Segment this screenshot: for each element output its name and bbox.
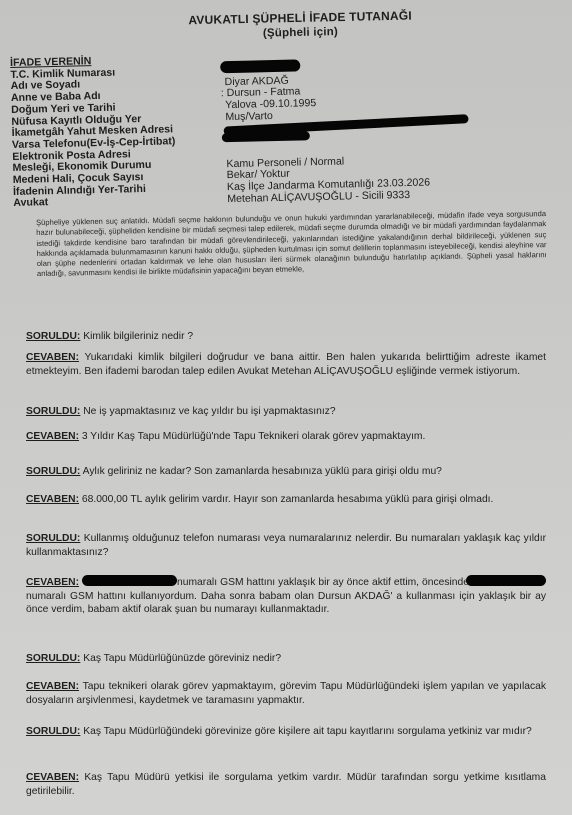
answer-label: CEVABEN: [26, 352, 79, 363]
answer-label: CEVABEN: [26, 431, 79, 442]
identity-labels: İFADE VERENİN T.C. Kimlik Numarası Adı v… [10, 53, 213, 210]
answer-text: numaralı GSM hattını kullanıyordum. Daha… [26, 591, 546, 616]
qa-question: SORULDU: Ne iş yapmaktasınız ve kaç yıld… [26, 405, 546, 419]
question-label: SORULDU: [26, 331, 80, 342]
answer-text: 3 Yıldır Kaş Tapu Müdürlüğü'nde Tapu Tek… [82, 431, 425, 442]
question-text: Kullanmış olduğunuz telefon numarası vey… [26, 533, 546, 558]
question-label: SORULDU: [26, 653, 80, 664]
question-text: Kaş Tapu Müdürlüğündeki görevinize göre … [83, 726, 532, 737]
qa-answer: CEVABEN: Kaş Tapu Müdürü yetkisi ile sor… [26, 771, 546, 798]
label-lawyer: Avukat [13, 194, 213, 210]
redaction-tc [220, 59, 300, 73]
question-label: SORULDU: [26, 406, 80, 417]
qa-answer: CEVABEN: Tapu teknikeri olarak görev yap… [26, 680, 546, 707]
document-title: AVUKATLI ŞÜPHELİ İFADE TUTANAĞI (Şüpheli… [150, 8, 451, 42]
qa-question: SORULDU: Aylık geliriniz ne kadar? Son z… [26, 465, 546, 479]
answer-text: numaralı GSM hattını yaklaşık bir ay önc… [177, 577, 472, 588]
qa-question: SORULDU: Kimlik bilgileriniz nedir ? [26, 330, 546, 344]
identity-values: Diyar AKDAĞ : Dursun - Fatma Yalova -09.… [224, 58, 527, 205]
redaction-phone-2 [466, 575, 546, 586]
question-text: Kaş Tapu Müdürlüğünüzde göreviniz nedir? [83, 653, 281, 664]
rights-notice-text: Şüpheliye yüklenen suç anlatıldı. Müdafi… [36, 209, 547, 280]
answer-label: CEVABEN: [26, 681, 79, 692]
question-label: SORULDU: [26, 726, 80, 737]
question-label: SORULDU: [26, 533, 80, 544]
answer-label: CEVABEN: [26, 772, 79, 783]
question-label: SORULDU: [26, 466, 80, 477]
question-text: Aylık geliriniz ne kadar? Son zamanlarda… [83, 466, 442, 477]
document-page: AVUKATLI ŞÜPHELİ İFADE TUTANAĞI (Şüpheli… [0, 0, 572, 815]
rights-notice: Şüpheliye yüklenen suç anlatıldı. Müdafi… [36, 209, 547, 280]
question-text: Kimlik bilgileriniz nedir ? [83, 331, 193, 342]
answer-text: Tapu teknikeri olarak görev yapmaktayım,… [26, 681, 546, 706]
answer-label: CEVABEN: [26, 577, 79, 588]
qa-answer: CEVABEN: Yukarıdaki kimlik bilgileri doğ… [26, 351, 546, 378]
qa-question: SORULDU: Kullanmış olduğunuz telefon num… [26, 532, 546, 559]
qa-answer: CEVABEN: numaralı GSM hattını yaklaşık b… [26, 575, 546, 617]
answer-label: CEVABEN: [26, 494, 79, 505]
question-text: Ne iş yapmaktasınız ve kaç yıldır bu işi… [83, 406, 335, 417]
answer-text: 68.000,00 TL aylık gelirim vardır. Hayır… [82, 494, 494, 505]
qa-question: SORULDU: Kaş Tapu Müdürlüğündeki görevin… [26, 725, 546, 739]
answer-text: Kaş Tapu Müdürü yetkisi ile sorgulama ye… [26, 772, 546, 797]
redaction-phone [222, 131, 310, 142]
qa-question: SORULDU: Kaş Tapu Müdürlüğünüzde görevin… [26, 652, 546, 666]
qa-answer: CEVABEN: 3 Yıldır Kaş Tapu Müdürlüğü'nde… [26, 430, 546, 444]
qa-answer: CEVABEN: 68.000,00 TL aylık gelirim vard… [26, 493, 546, 507]
redaction-phone-1 [82, 575, 177, 586]
answer-text: Yukarıdaki kimlik bilgileri doğrudur ve … [26, 352, 546, 377]
